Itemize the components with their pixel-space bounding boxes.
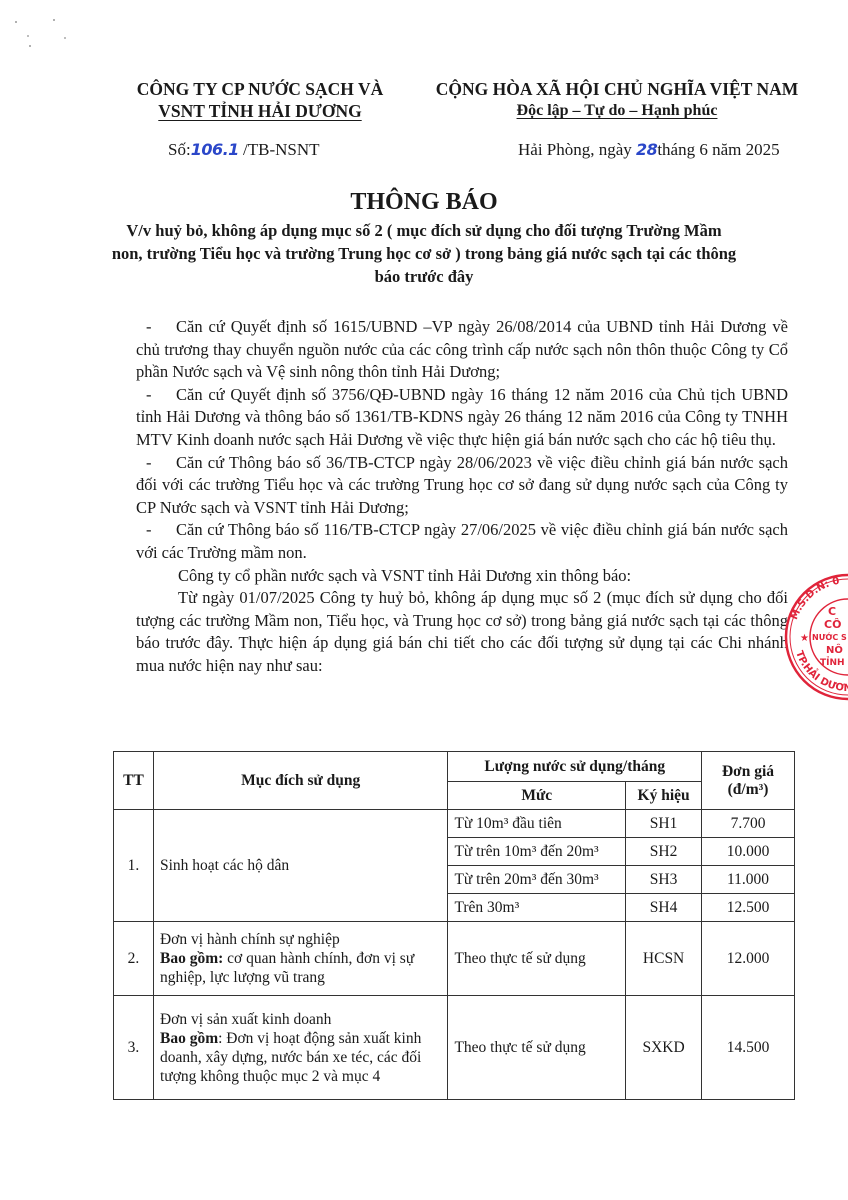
header-usage-group: Lượng nước sử dụng/tháng	[448, 752, 702, 782]
basis-item: -Căn cứ Thông báo số 36/TB-CTCP ngày 28/…	[136, 452, 788, 520]
row-code: SXKD	[626, 996, 702, 1100]
date-suffix: tháng 6 năm 2025	[657, 140, 779, 159]
tier-code: SH2	[626, 838, 702, 866]
announce-line: Công ty cổ phần nước sạch và VSNT tỉnh H…	[136, 565, 788, 588]
document-number: Số:106.1 /TB-NSNT	[168, 140, 320, 160]
row-code: HCSN	[626, 922, 702, 996]
national-motto: CỘNG HÒA XÃ HỘI CHỦ NGHĨA VIỆT NAM Độc l…	[428, 78, 806, 122]
tier-level: Từ 10m³ đầu tiên	[448, 810, 626, 838]
table-row: 2. Đơn vị hành chính sự nghiệp Bao gồm: …	[114, 922, 795, 996]
row-price: 14.500	[702, 996, 795, 1100]
water-price-table: TT Mục đích sử dụng Lượng nước sử dụng/t…	[113, 751, 795, 1100]
org-line-1: CÔNG TY CP NƯỚC SẠCH VÀ	[110, 78, 410, 100]
tier-level: Từ trên 20m³ đến 30m³	[448, 866, 626, 894]
header-code: Ký hiệu	[626, 782, 702, 810]
tier-code: SH3	[626, 866, 702, 894]
main-paragraph: Từ ngày 01/07/2025 Công ty huỷ bỏ, không…	[136, 587, 788, 677]
table-row: 3. Đơn vị sản xuất kinh doanh Bao gồm: Đ…	[114, 996, 795, 1100]
svg-text:CÔ: CÔ	[824, 618, 841, 631]
row-level: Theo thực tế sử dụng	[448, 996, 626, 1100]
tier-level: Trên 30m³	[448, 894, 626, 922]
row-level: Theo thực tế sử dụng	[448, 922, 626, 996]
svg-text:NÔ: NÔ	[826, 643, 843, 656]
stamp-star-icon: ★	[800, 633, 809, 644]
basis-item: -Căn cứ Thông báo số 116/TB-CTCP ngày 27…	[136, 519, 788, 564]
tier-price: 12.500	[702, 894, 795, 922]
tier-level: Từ trên 10m³ đến 20m³	[448, 838, 626, 866]
header-tt: TT	[114, 752, 154, 810]
row-purpose: Sinh hoạt các hộ dân	[153, 810, 447, 922]
document-subject: V/v huỷ bỏ, không áp dụng mục số 2 ( mục…	[110, 219, 738, 288]
header-price: Đơn giá(đ/m³)	[702, 752, 795, 810]
scan-specks	[12, 16, 72, 56]
row-purpose: Đơn vị sản xuất kinh doanh Bao gồm: Đơn …	[153, 996, 447, 1100]
nation-title: CỘNG HÒA XÃ HỘI CHỦ NGHĨA VIỆT NAM	[428, 78, 806, 100]
svg-text:C: C	[828, 605, 836, 618]
date-line: Hải Phòng, ngày 28tháng 6 năm 2025	[518, 140, 780, 160]
tier-code: SH4	[626, 894, 702, 922]
date-day-handwritten: 28	[636, 140, 657, 159]
doc-no-handwritten: 106.1	[191, 140, 239, 159]
row-price: 12.000	[702, 922, 795, 996]
doc-no-prefix: Số:	[168, 140, 191, 159]
basis-item: -Căn cứ Quyết định số 1615/UBND –VP ngày…	[136, 316, 788, 384]
header-level: Mức	[448, 782, 626, 810]
table-row: 1. Sinh hoạt các hộ dân Từ 10m³ đầu tiên…	[114, 810, 795, 838]
svg-text:TỈNH: TỈNH	[820, 656, 845, 668]
document-title: THÔNG BÁO	[100, 189, 748, 216]
org-line-2: VSNT TỈNH HẢI DƯƠNG	[110, 100, 410, 122]
basis-item: -Căn cứ Quyết định số 3756/QĐ-UBND ngày …	[136, 384, 788, 452]
row-purpose: Đơn vị hành chính sự nghiệp Bao gồm: cơ …	[153, 922, 447, 996]
issuing-organization: CÔNG TY CP NƯỚC SẠCH VÀ VSNT TỈNH HẢI DƯ…	[110, 78, 410, 122]
date-prefix: Hải Phòng, ngày	[518, 140, 632, 159]
row-tt: 1.	[114, 810, 154, 922]
tier-price: 7.700	[702, 810, 795, 838]
tier-price: 10.000	[702, 838, 795, 866]
header-purpose: Mục đích sử dụng	[153, 752, 447, 810]
company-seal-stamp: M.S.D.N: 0 TP.HẢI DƯƠN ★ C CÔ NƯỚC S NÔ …	[760, 573, 848, 701]
document-body: -Căn cứ Quyết định số 1615/UBND –VP ngày…	[136, 316, 788, 678]
tier-code: SH1	[626, 810, 702, 838]
nation-motto: Độc lập – Tự do – Hạnh phúc	[428, 100, 806, 122]
row-tt: 2.	[114, 922, 154, 996]
row-tt: 3.	[114, 996, 154, 1100]
tier-price: 11.000	[702, 866, 795, 894]
doc-no-suffix: /TB-NSNT	[243, 140, 320, 159]
svg-text:NƯỚC S: NƯỚC S	[812, 631, 847, 642]
